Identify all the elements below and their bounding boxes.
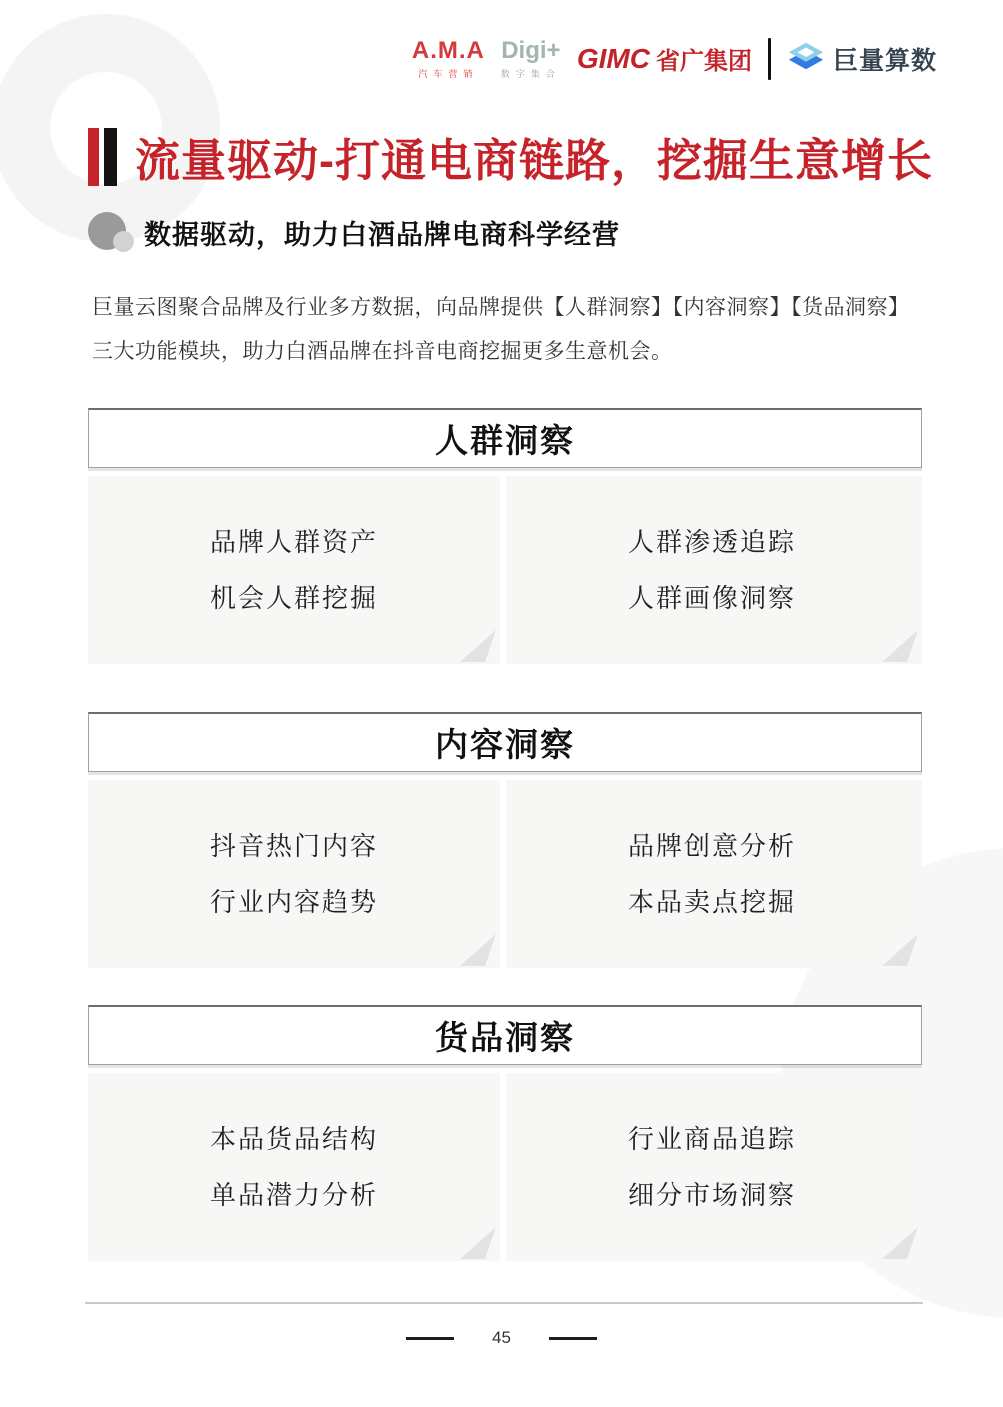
section-subtitle: 数据驱动，助力白酒品牌电商科学经营	[144, 213, 620, 252]
page-curl-icon	[880, 1225, 920, 1259]
page-curl-icon	[880, 932, 920, 966]
section-cards: 品牌人群资产 机会人群挖掘 人群渗透追踪 人群画像洞察	[88, 476, 922, 664]
card-right: 人群渗透追踪 人群画像洞察	[506, 476, 922, 664]
card-item: 机会人群挖掘	[210, 578, 500, 634]
card-right: 行业商品追踪 细分市场洞察	[506, 1073, 922, 1261]
digi-logo: Digi+ 数字集合	[501, 37, 561, 80]
page-number: 45	[492, 1328, 511, 1348]
card-item: 人群画像洞察	[628, 578, 922, 634]
card-left: 品牌人群资产 机会人群挖掘	[88, 476, 500, 664]
logo-divider	[768, 38, 771, 80]
page-curl-icon	[458, 1225, 498, 1259]
header-logos: A.M.A 汽车营销 Digi+ 数字集合 GIMC 省广集团 巨量算数	[412, 36, 937, 81]
card-item: 本品卖点挖掘	[628, 882, 922, 938]
section-title: 货品洞察	[435, 1012, 575, 1059]
section-title: 内容洞察	[435, 719, 575, 766]
title-marker-black-bar	[104, 128, 117, 186]
section-header-box: 内容洞察	[88, 712, 922, 772]
section-audience-insight: 人群洞察 品牌人群资产 机会人群挖掘 人群渗透追踪 人群画像洞察	[88, 408, 922, 664]
footer: 45	[0, 1328, 1003, 1348]
intro-paragraph-line2: 三大功能模块，助力白酒品牌在抖音电商挖掘更多生意机会。	[92, 330, 932, 374]
card-item: 行业内容趋势	[210, 882, 500, 938]
gimc-logo-subtext: 省广集团	[656, 41, 752, 76]
title-row: 流量驱动-打通电商链路，挖掘生意增长	[88, 124, 933, 189]
title-marker-red-bar	[88, 128, 99, 186]
section-cards: 本品货品结构 单品潜力分析 行业商品追踪 细分市场洞察	[88, 1073, 922, 1261]
section-content-insight: 内容洞察 抖音热门内容 行业内容趋势 品牌创意分析 本品卖点挖掘	[88, 712, 922, 968]
page-curl-icon	[458, 628, 498, 662]
juliang-logo: 巨量算数	[787, 36, 937, 81]
card-right: 品牌创意分析 本品卖点挖掘	[506, 780, 922, 968]
card-left: 本品货品结构 单品潜力分析	[88, 1073, 500, 1261]
section-cards: 抖音热门内容 行业内容趋势 品牌创意分析 本品卖点挖掘	[88, 780, 922, 968]
card-item: 行业商品追踪	[628, 1119, 922, 1175]
card-item: 人群渗透追踪	[628, 522, 922, 578]
ama-logo-text: A.M.A	[412, 37, 485, 65]
card-item: 抖音热门内容	[210, 826, 500, 882]
subtitle-row: 数据驱动，助力白酒品牌电商科学经营	[88, 210, 620, 254]
page-title: 流量驱动-打通电商链路，挖掘生意增长	[135, 124, 933, 189]
page-curl-icon	[458, 932, 498, 966]
footer-divider	[85, 1302, 923, 1304]
card-item: 品牌创意分析	[628, 826, 922, 882]
card-item: 品牌人群资产	[210, 522, 500, 578]
digi-logo-subtext: 数字集合	[501, 67, 561, 80]
footer-dash-left	[406, 1337, 454, 1340]
intro-paragraph-line1: 巨量云图聚合品牌及行业多方数据，向品牌提供【人群洞察】【内容洞察】【货品洞察】	[92, 286, 932, 330]
gimc-logo: GIMC 省广集团	[577, 41, 752, 76]
section-header-box: 货品洞察	[88, 1005, 922, 1065]
intro-paragraph: 巨量云图聚合品牌及行业多方数据，向品牌提供【人群洞察】【内容洞察】【货品洞察】 …	[92, 286, 932, 374]
bullet-circle-small	[113, 231, 134, 252]
subtitle-bullet-icon	[88, 210, 136, 254]
section-product-insight: 货品洞察 本品货品结构 单品潜力分析 行业商品追踪 细分市场洞察	[88, 1005, 922, 1261]
card-item: 单品潜力分析	[210, 1175, 500, 1231]
card-item: 本品货品结构	[210, 1119, 500, 1175]
digi-logo-text: Digi+	[501, 37, 561, 65]
report-page: A.M.A 汽车营销 Digi+ 数字集合 GIMC 省广集团 巨量算数	[0, 0, 1003, 1407]
gimc-logo-text: GIMC	[577, 43, 650, 75]
juliang-logo-text: 巨量算数	[833, 41, 937, 77]
footer-dash-right	[549, 1337, 597, 1340]
page-curl-icon	[880, 628, 920, 662]
section-header-box: 人群洞察	[88, 408, 922, 468]
ama-logo: A.M.A 汽车营销	[412, 37, 485, 80]
section-title: 人群洞察	[435, 415, 575, 462]
juliang-diamond-icon	[787, 36, 825, 81]
card-item: 细分市场洞察	[628, 1175, 922, 1231]
card-left: 抖音热门内容 行业内容趋势	[88, 780, 500, 968]
ama-logo-subtext: 汽车营销	[412, 67, 485, 80]
